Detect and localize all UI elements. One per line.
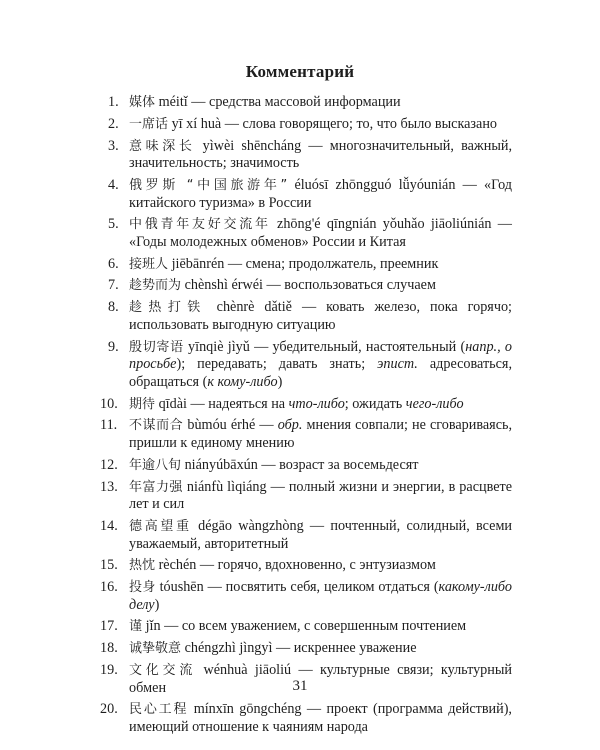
pinyin: tóushēn (160, 579, 204, 595)
chinese-term: 谨 (129, 619, 142, 634)
glossary-list: 1.媒体 méitǐ — средства массовой информаци… (108, 94, 512, 741)
chinese-term: 意味深长 (129, 139, 195, 154)
entry-number: 19. (100, 662, 118, 680)
entry-number: 7. (108, 277, 126, 295)
pinyin: dégāo wàngzhòng (198, 518, 304, 534)
entry-number: 12. (100, 457, 118, 475)
chinese-term: 接班人 (129, 257, 168, 272)
pinyin: éluósī zhōngguó lǚyóunián (294, 177, 455, 193)
entry-number: 16. (100, 579, 118, 597)
definition-text: ) (155, 597, 160, 613)
entry-number: 11. (100, 417, 118, 435)
glossary-entry: 4.俄罗斯 “中国旅游年” éluósī zhōngguó lǚyóunián … (108, 177, 512, 212)
glossary-entry: 20.民心工程 mínxīn gōngchéng — проект (прогр… (108, 701, 512, 736)
chinese-term: 趁势而为 (129, 278, 181, 293)
italic-note: эпист. (377, 356, 418, 372)
definition-text: — посвятить себя, целиком отдаться ( (204, 579, 439, 595)
definition-text: — со всем уважением, с совершенным почте… (161, 618, 467, 634)
italic-note: что-либо (289, 396, 345, 412)
pinyin: chènrè dǎtiě (217, 299, 292, 315)
definition-text: — воспользоваться случаем (263, 277, 436, 293)
glossary-entry: 18.诚挚敬意 chéngzhì jìngyì — искреннее уваж… (108, 640, 512, 658)
entry-number: 1. (108, 94, 126, 112)
page-title: Комментарий (0, 62, 600, 82)
glossary-entry: 7.趁势而为 chènshì érwéi — воспользоваться с… (108, 277, 512, 295)
glossary-entry: 10.期待 qīdài — надеяться на что-либо; ожи… (108, 396, 512, 414)
chinese-term: 趁热打铁 (129, 300, 207, 315)
chinese-term: 中俄青年友好交流年 (129, 217, 271, 232)
definition-text: — (255, 417, 277, 433)
glossary-entry: 1.媒体 méitǐ — средства массовой информаци… (108, 94, 512, 112)
entry-number: 2. (108, 116, 126, 134)
glossary-entry: 3.意味深长 yìwèi shēncháng — многозначительн… (108, 138, 512, 173)
definition-text: — смена; продолжатель, преемник (224, 256, 438, 272)
chinese-term: 诚挚敬意 (129, 641, 181, 656)
chinese-term: 殷切寄语 (129, 340, 184, 355)
definition-text: — надеяться на (187, 396, 289, 412)
glossary-entry: 14.德高望重 dégāo wàngzhòng — почтенный, сол… (108, 518, 512, 553)
pinyin: bùmóu érhé (187, 417, 255, 433)
entry-number: 9. (108, 339, 126, 357)
italic-note: к кому-либо (207, 374, 277, 390)
chinese-term: 民心工程 (129, 702, 188, 717)
entry-number: 17. (100, 618, 118, 636)
entry-number: 3. (108, 138, 126, 156)
chinese-term: 一席话 (129, 117, 168, 132)
pinyin: yīnqiè jìyǔ (188, 339, 250, 355)
glossary-entry: 9.殷切寄语 yīnqiè jìyǔ — убедительный, насто… (108, 339, 512, 392)
definition-text: ; ожидать (345, 396, 406, 412)
chinese-term: 俄罗斯 “中国旅游年” (129, 178, 287, 193)
entry-number: 8. (108, 299, 126, 317)
entry-number: 5. (108, 216, 126, 234)
pinyin: zhōng'é qīngnián yǒuhǎo jiāoliúnián (277, 216, 492, 232)
definition-text: — убедительный, настоятельный ( (250, 339, 465, 355)
chinese-term: 德高望重 (129, 519, 192, 534)
entry-number: 18. (100, 640, 118, 658)
glossary-entry: 13.年富力强 niánfù lìqiáng — полный жизни и … (108, 479, 512, 514)
chinese-term: 年富力强 (129, 480, 183, 495)
pinyin: jiēbānrén (172, 256, 225, 272)
definition-text: — возраст за восемьдесят (258, 457, 419, 473)
entry-number: 6. (108, 256, 126, 274)
definition-text: ); передавать; давать знать; (176, 356, 377, 372)
chinese-term: 期待 (129, 397, 155, 412)
italic-note: чего-либо (406, 396, 464, 412)
entry-number: 13. (100, 479, 118, 497)
glossary-entry: 2.一席话 yī xí huà — слова говорящего; то, … (108, 116, 512, 134)
pinyin: niányúbāxún (185, 457, 258, 473)
pinyin: yī xí huà (172, 116, 222, 132)
glossary-entry: 5.中俄青年友好交流年 zhōng'é qīngnián yǒuhǎo jiāo… (108, 216, 512, 251)
definition-text: — слова говорящего; то, что было высказа… (221, 116, 497, 132)
glossary-entry: 12.年逾八旬 niányúbāxún — возраст за восемьд… (108, 457, 512, 475)
glossary-entry: 17.谨 jǐn — со всем уважением, с совершен… (108, 618, 512, 636)
pinyin: niánfù lìqiáng (187, 479, 267, 495)
pinyin: rèchén (159, 557, 197, 573)
italic-note: обр. (278, 417, 303, 433)
glossary-entry: 11.不谋而合 bùmóu érhé — обр. мнения совпали… (108, 417, 512, 452)
entry-number: 14. (100, 518, 118, 536)
chinese-term: 投身 (129, 580, 156, 595)
glossary-entry: 15.热忱 rèchén — горячо, вдохновенно, с эн… (108, 557, 512, 575)
chinese-term: 文化交流 (129, 663, 196, 678)
pinyin: méitǐ (159, 94, 188, 110)
pinyin: qīdài (159, 396, 187, 412)
entry-number: 4. (108, 177, 126, 195)
chinese-term: 年逾八旬 (129, 458, 181, 473)
glossary-entry: 16.投身 tóushēn — посвятить себя, целиком … (108, 579, 512, 614)
document-page: Комментарий 1.媒体 méitǐ — средства массов… (0, 0, 600, 750)
definition-text: ) (278, 374, 283, 390)
chinese-term: 不谋而合 (129, 418, 183, 433)
entry-number: 15. (100, 557, 118, 575)
entry-number: 20. (100, 701, 118, 719)
pinyin: jǐn (146, 618, 161, 634)
definition-text: — средства массовой информации (188, 94, 401, 110)
definition-text: — горячо, вдохновенно, с энтузиазмом (196, 557, 435, 573)
chinese-term: 媒体 (129, 95, 155, 110)
pinyin: chéngzhì jìngyì (185, 640, 273, 656)
pinyin: chènshì érwéi (185, 277, 263, 293)
entry-number: 10. (100, 396, 118, 414)
definition-text: — искреннее уважение (272, 640, 416, 656)
chinese-term: 热忱 (129, 558, 155, 573)
page-number: 31 (0, 678, 600, 695)
pinyin: mínxīn gōngchéng (194, 701, 302, 717)
pinyin: yìwèi shēncháng (203, 138, 302, 154)
glossary-entry: 8.趁热打铁 chènrè dǎtiě — ковать железо, пок… (108, 299, 512, 334)
glossary-entry: 6.接班人 jiēbānrén — смена; продолжатель, п… (108, 256, 512, 274)
pinyin: wénhuà jiāoliú (203, 662, 291, 678)
